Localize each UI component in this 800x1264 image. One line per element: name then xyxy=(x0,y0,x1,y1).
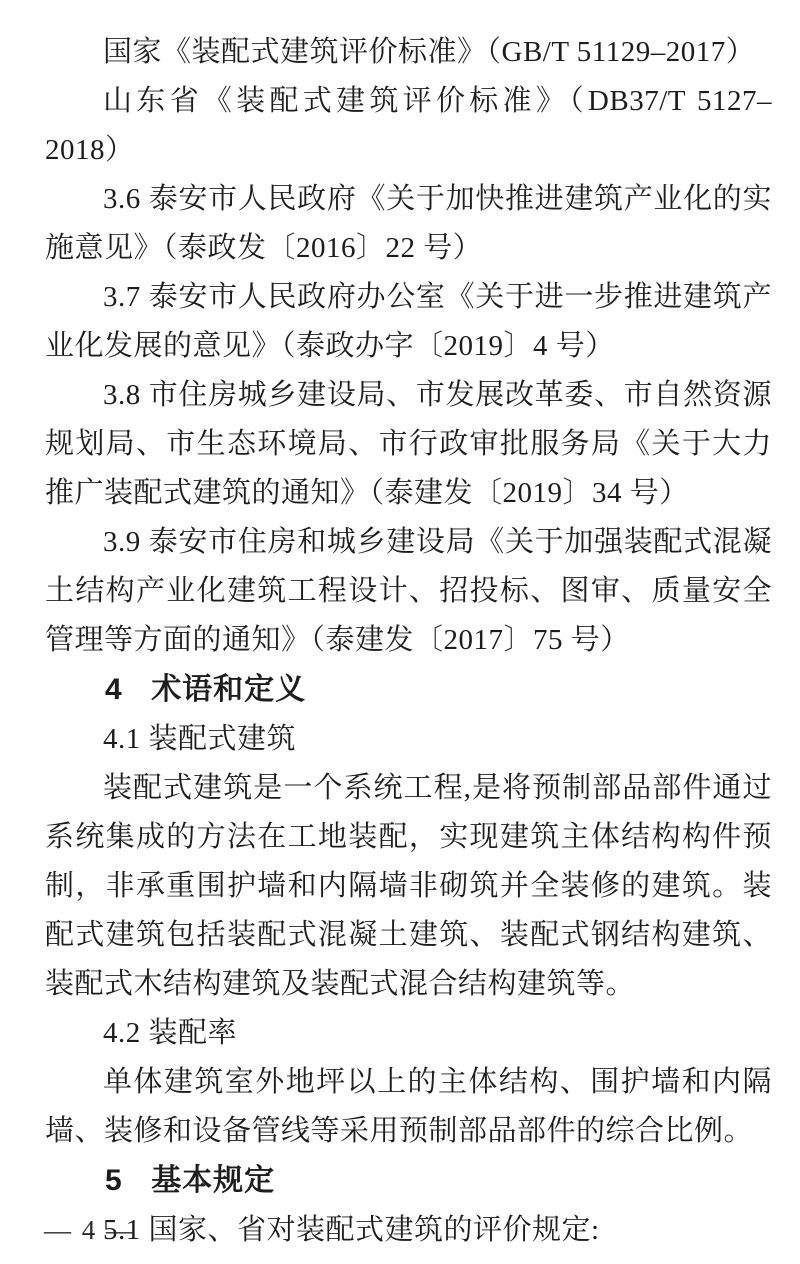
clause-4-2-title: 4.2 装配率 xyxy=(45,1009,772,1058)
reference-item-3-8: 3.8 市住房城乡建设局、市发展改革委、市自然资源规划局、市生态环境局、市行政审… xyxy=(45,371,772,518)
section-title: 术语和定义 xyxy=(151,673,306,706)
document-body: 国家《装配式建筑评价标准》（GB/T 51129–2017） 山东省《装配式建筑… xyxy=(45,28,772,1255)
reference-item-3-7: 3.7 泰安市人民政府办公室《关于进一步推进建筑产业化发展的意见》（泰政办字〔2… xyxy=(45,273,772,371)
reference-item-3-9: 3.9 泰安市住房和城乡建设局《关于加强装配式混凝土结构产业化建筑工程设计、招投… xyxy=(45,518,772,665)
section-number: 4 xyxy=(105,673,123,706)
document-page: 国家《装配式建筑评价标准》（GB/T 51129–2017） 山东省《装配式建筑… xyxy=(0,0,800,1264)
reference-shandong-standard: 山东省《装配式建筑评价标准》（DB37/T 5127–2018） xyxy=(45,77,772,175)
clause-4-1-title: 4.1 装配式建筑 xyxy=(45,715,772,764)
section-title: 基本规定 xyxy=(151,1164,275,1197)
clause-5-1-title: 5.1 国家、省对装配式建筑的评价规定: xyxy=(45,1206,772,1255)
section-heading-terms-definitions: 4术语和定义 xyxy=(45,665,772,715)
clause-4-1-definition: 装配式建筑是一个系统工程,是将预制部品部件通过系统集成的方法在工地装配，实现建筑… xyxy=(45,764,772,1009)
reference-item-3-6: 3.6 泰安市人民政府《关于加快推进建筑产业化的实施意见》（泰政发〔2016〕2… xyxy=(45,175,772,273)
section-number: 5 xyxy=(105,1164,123,1197)
reference-national-standard: 国家《装配式建筑评价标准》（GB/T 51129–2017） xyxy=(45,28,772,77)
section-heading-basic-provisions: 5基本规定 xyxy=(45,1156,772,1206)
page-number: — 4 — xyxy=(44,1215,135,1246)
clause-4-2-definition: 单体建筑室外地坪以上的主体结构、围护墙和内隔墙、装修和设备管线等采用预制部品部件… xyxy=(45,1058,772,1156)
